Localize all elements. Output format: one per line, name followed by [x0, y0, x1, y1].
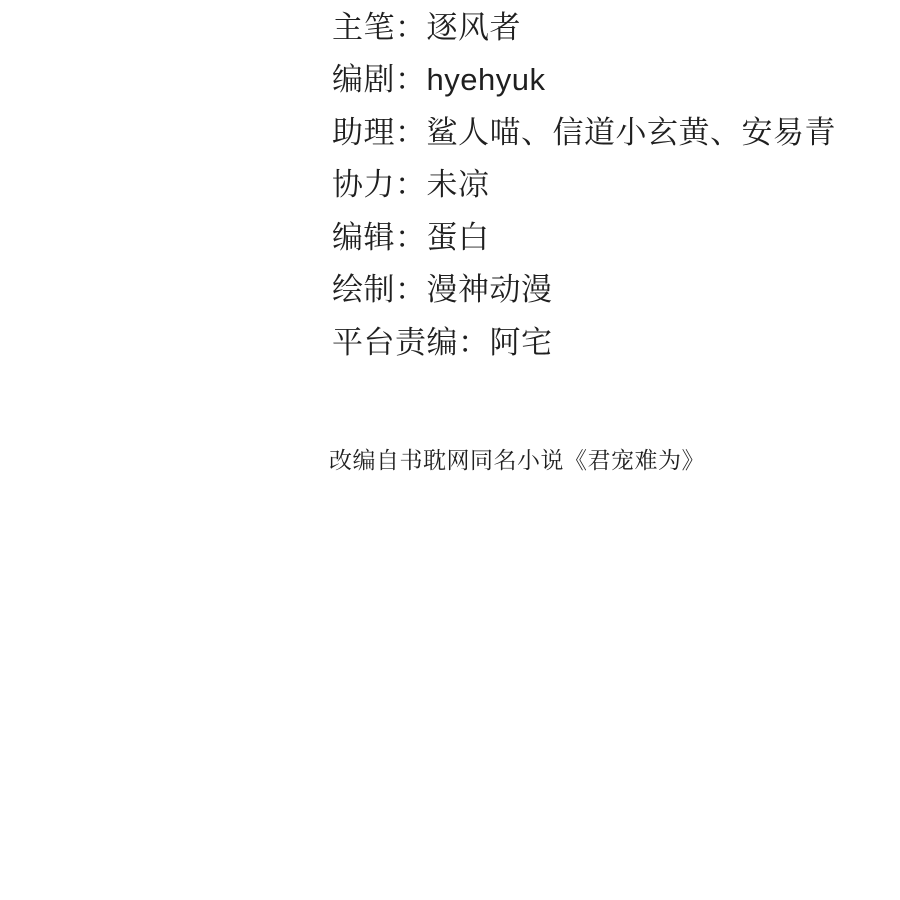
credit-line-editor: 编辑：蛋白 [332, 208, 836, 261]
credit-line-screenwriter: 编剧：hyehyuk [332, 51, 836, 104]
credit-line-studio: 绘制：漫神动漫 [332, 261, 836, 314]
adaptation-note: 改编自书耽网同名小说《君宠难为》 [329, 442, 705, 475]
credit-line-cooperation: 协力：未凉 [332, 156, 836, 209]
credits-page: { "page": { "background_color": "#ffffff… [0, 0, 900, 900]
credit-line-lead-artist: 主笔：逐风者 [332, 0, 836, 51]
credit-line-platform-editor: 平台责编：阿宅 [332, 313, 836, 366]
credits-list: 主笔：逐风者 编剧：hyehyuk 助理：鲨人喵、信道小玄黄、安易青 协力：未凉… [332, 0, 836, 366]
credit-line-assistants: 助理：鲨人喵、信道小玄黄、安易青 [332, 103, 836, 156]
